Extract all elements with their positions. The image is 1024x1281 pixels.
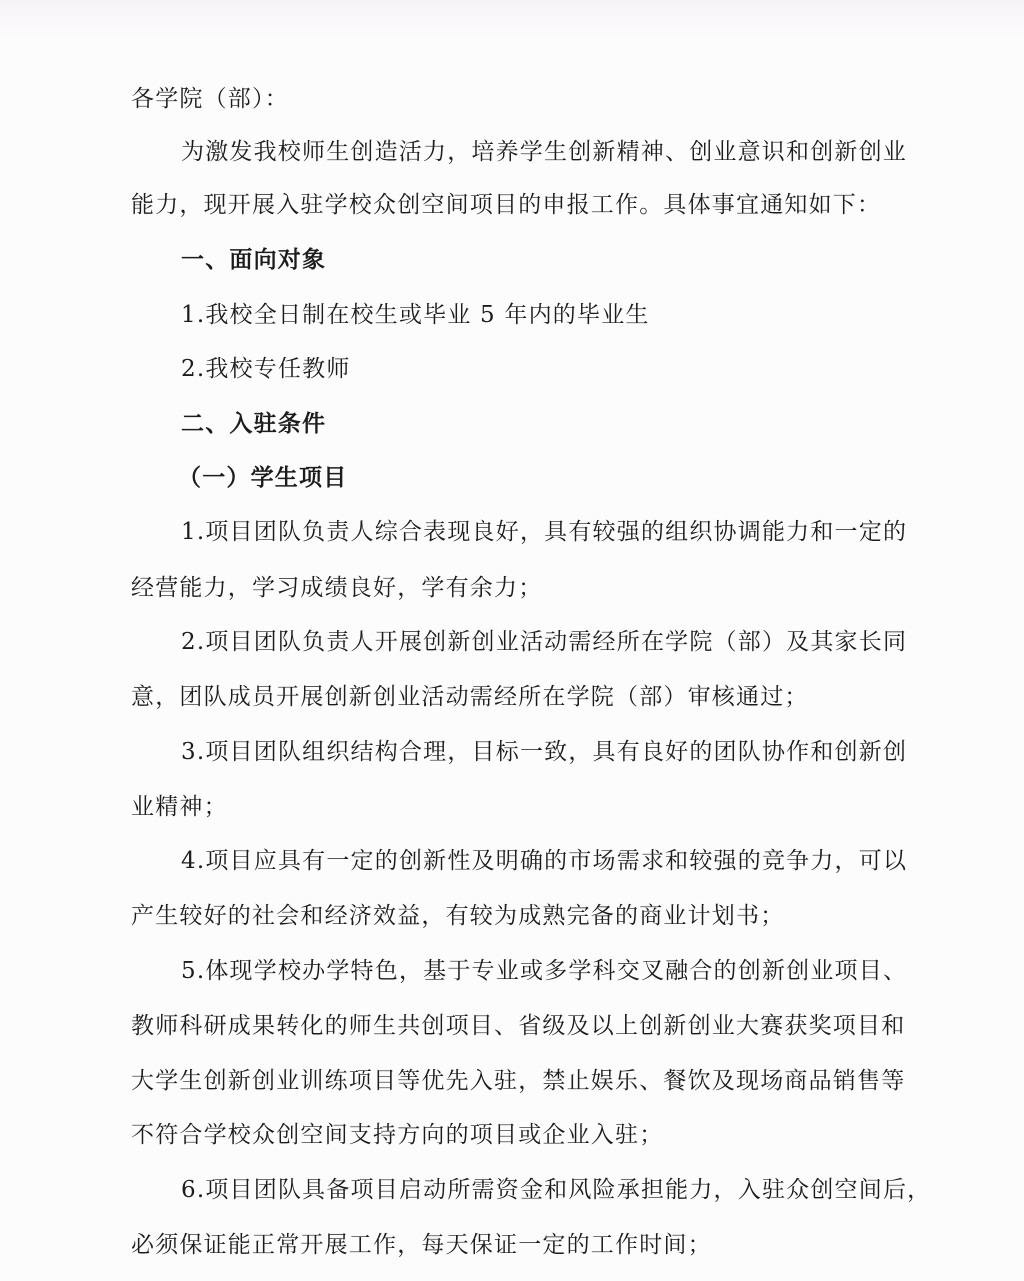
condition-5-line-2: 教师科研成果转化的师生共创项目、省级及以上创新创业大赛获奖项目和 — [131, 1011, 905, 1041]
audience-item-2: 2.我校专任教师 — [181, 354, 351, 384]
condition-4-line-2: 产生较好的社会和经济效益，有较为成熟完备的商业计划书； — [131, 901, 784, 931]
condition-6-line-1: 6.项目团队具备项目启动所需资金和风险承担能力，入驻众创空间后， — [181, 1175, 931, 1205]
condition-1-line-2: 经营能力，学习成绩良好，学有余力； — [131, 573, 542, 603]
condition-2-line-1: 2.项目团队负责人开展创新创业活动需经所在学院（部）及其家长同 — [181, 627, 907, 657]
condition-3-line-1: 3.项目团队组织结构合理，目标一致，具有良好的团队协作和创新创 — [181, 737, 907, 767]
subheading-student-projects: （一）学生项目 — [178, 463, 347, 493]
condition-6-line-2: 必须保证能正常开展工作，每天保证一定的工作时间； — [131, 1230, 712, 1260]
condition-1-line-1: 1.项目团队负责人综合表现良好，具有较强的组织协调能力和一定的 — [181, 517, 907, 547]
salutation: 各学院（部）： — [131, 84, 289, 114]
audience-item-1: 1.我校全日制在校生或毕业 5 年内的毕业生 — [181, 300, 650, 330]
intro-paragraph-line-2: 能力，现开展入驻学校众创空间项目的申报工作。具体事宜通知如下： — [131, 190, 881, 220]
condition-5-line-4: 不符合学校众创空间支持方向的项目或企业入驻； — [131, 1120, 663, 1150]
condition-2-line-2: 意，团队成员开展创新创业活动需经所在学院（部）审核通过； — [131, 682, 809, 712]
section-heading-admission-conditions: 二、入驻条件 — [181, 409, 326, 439]
section-heading-target-audience: 一、面向对象 — [181, 245, 326, 275]
condition-3-line-2: 业精神； — [131, 792, 228, 822]
scanned-document-page: 各学院（部）： 为激发我校师生创造活力，培养学生创新精神、创业意识和创新创业 能… — [0, 0, 1024, 1281]
condition-5-line-3: 大学生创新创业训练项目等优先入驻，禁止娱乐、餐饮及现场商品销售等 — [131, 1066, 905, 1096]
intro-paragraph-line-1: 为激发我校师生创造活力，培养学生创新精神、创业意识和创新创业 — [181, 137, 907, 167]
condition-5-line-1: 5.体现学校办学特色，基于专业或多学科交叉融合的创新创业项目、 — [181, 956, 907, 986]
condition-4-line-1: 4.项目应具有一定的创新性及明确的市场需求和较强的竞争力，可以 — [181, 846, 907, 876]
